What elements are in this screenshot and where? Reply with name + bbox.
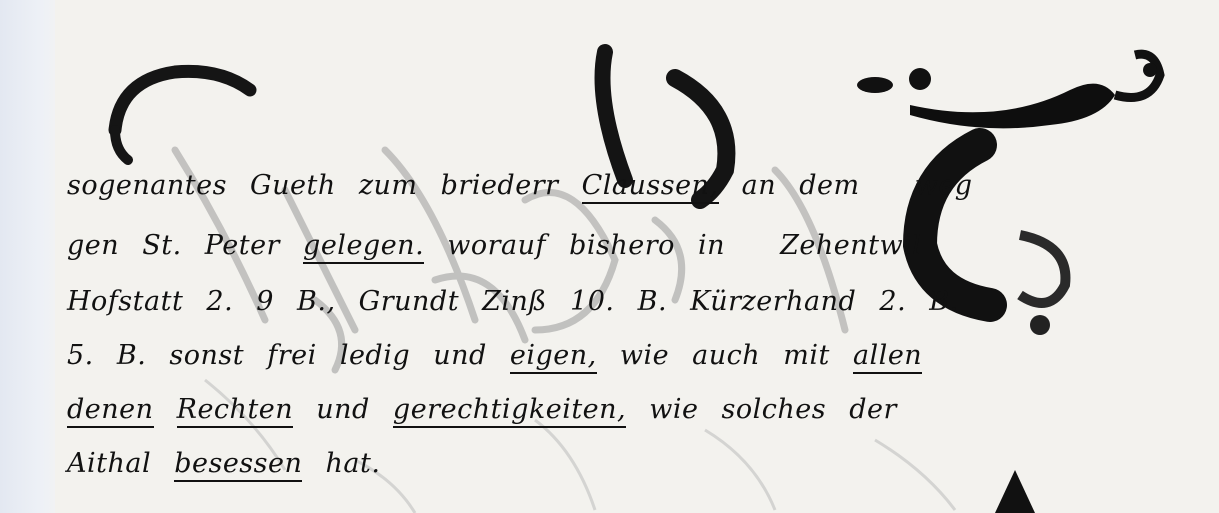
word: gerechtigkeiten,: [393, 394, 626, 428]
word: besessen: [174, 448, 302, 482]
word: gen: [67, 230, 119, 261]
ink-blot-bottom: [990, 470, 1050, 513]
manuscript-page: sogenantes Gueth zum briederr Claussen, …: [55, 0, 1219, 513]
word: B.: [117, 340, 146, 371]
word: ledig: [340, 340, 410, 371]
word: Aithal: [67, 448, 151, 479]
word: und: [433, 340, 487, 371]
word: B.,: [297, 286, 336, 317]
word: auch: [692, 340, 760, 371]
manuscript-line-3: Hofstatt 2. 9 B., Grundt Zinß 10. B. Kür…: [67, 286, 973, 317]
word: sonst: [169, 340, 244, 371]
manuscript-line-4: 5. B. sonst frei ledig und eigen, wie au…: [67, 340, 936, 374]
word: denen: [67, 394, 154, 428]
word: wie: [649, 394, 698, 425]
word: Zehentwil: [780, 230, 921, 261]
word: Gueth: [250, 170, 336, 201]
word: weg: [915, 170, 973, 201]
word: Grundt: [359, 286, 459, 317]
word: B.: [638, 286, 667, 317]
word: der: [849, 394, 897, 425]
word: wie: [620, 340, 669, 371]
word: 10.: [570, 286, 614, 317]
word: 9: [256, 286, 274, 317]
word: Rechten: [177, 394, 294, 428]
word: solches: [722, 394, 827, 425]
word: allen: [853, 340, 922, 374]
manuscript-line-2: gen St. Peter gelegen. worauf bishero in…: [67, 230, 935, 264]
word: B.: [929, 286, 958, 317]
word: an: [742, 170, 777, 201]
manuscript-line-5: denen Rechten und gerechtigkeiten, wie s…: [67, 394, 911, 428]
word: gelegen.: [303, 230, 424, 264]
manuscript-line-6: Aithal besessen hat.: [67, 448, 394, 482]
word: 5.: [67, 340, 94, 371]
word: 2.: [879, 286, 906, 317]
word: Zinß: [482, 286, 547, 317]
word: Claussen,: [582, 170, 719, 204]
word: mit: [783, 340, 830, 371]
word: sogenantes: [67, 170, 227, 201]
word: hat.: [325, 448, 380, 479]
word: 2.: [206, 286, 233, 317]
manuscript-line-1: sogenantes Gueth zum briederr Claussen, …: [67, 170, 987, 204]
word: worauf: [447, 230, 546, 261]
word: in: [698, 230, 725, 261]
word: Peter: [205, 230, 280, 261]
word: dem: [799, 170, 859, 201]
word: eigen,: [510, 340, 597, 374]
word: St.: [142, 230, 181, 261]
large-initial-left-arc: [80, 60, 300, 180]
word: briederr: [441, 170, 559, 201]
word: bishero: [569, 230, 675, 261]
scanner-margin: [0, 0, 55, 513]
word: frei: [267, 340, 317, 371]
word: Hofstatt: [67, 286, 183, 317]
word: und: [316, 394, 370, 425]
word: Kürzerhand: [690, 286, 856, 317]
word: zum: [359, 170, 418, 201]
